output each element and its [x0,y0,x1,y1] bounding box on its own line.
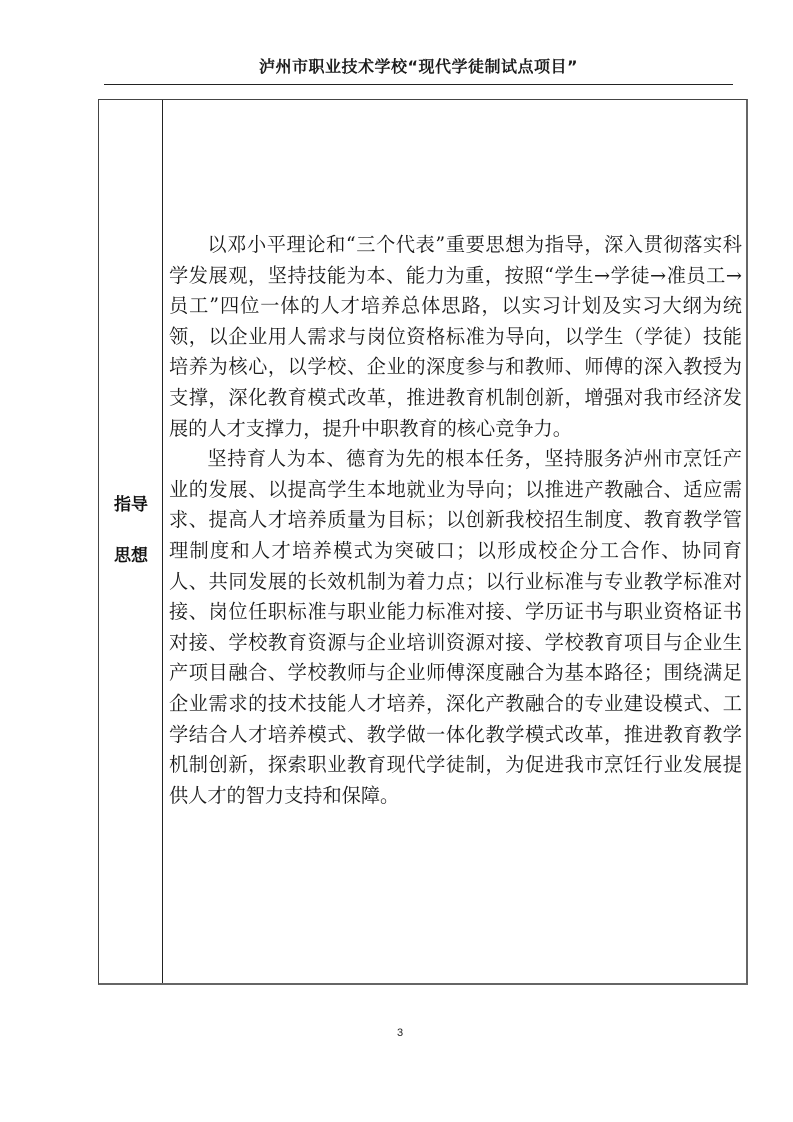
document-page: 泸州市职业技术学校“现代学徒制试点项目” 指导 思想 以邓小平理论和“三个代表”… [0,0,793,1122]
header-divider [104,84,733,85]
row-label-cell: 指导 思想 [99,100,163,983]
page-number: 3 [360,1027,440,1039]
row-label-line-2: 思想 [99,541,163,566]
page-header-title: 泸州市职业技术学校“现代学徒制试点项目” [104,57,733,77]
paragraph-1: 以邓小平理论和“三个代表”重要思想为指导，深入贯彻落实科学发展观，坚持技能为本、… [169,230,742,444]
content-text: 以邓小平理论和“三个代表”重要思想为指导，深入贯彻落实科学发展观，坚持技能为本、… [169,230,742,811]
row-label-line-1: 指导 [99,490,163,515]
paragraph-2: 坚持育人为本、德育为先的根本任务，坚持服务泸州市烹饪产业的发展、以提高学生本地就… [169,444,742,811]
row-content-cell: 以邓小平理论和“三个代表”重要思想为指导，深入贯彻落实科学发展观，坚持技能为本、… [163,100,746,983]
guiding-ideology-table: 指导 思想 以邓小平理论和“三个代表”重要思想为指导，深入贯彻落实科学发展观，坚… [98,99,748,985]
